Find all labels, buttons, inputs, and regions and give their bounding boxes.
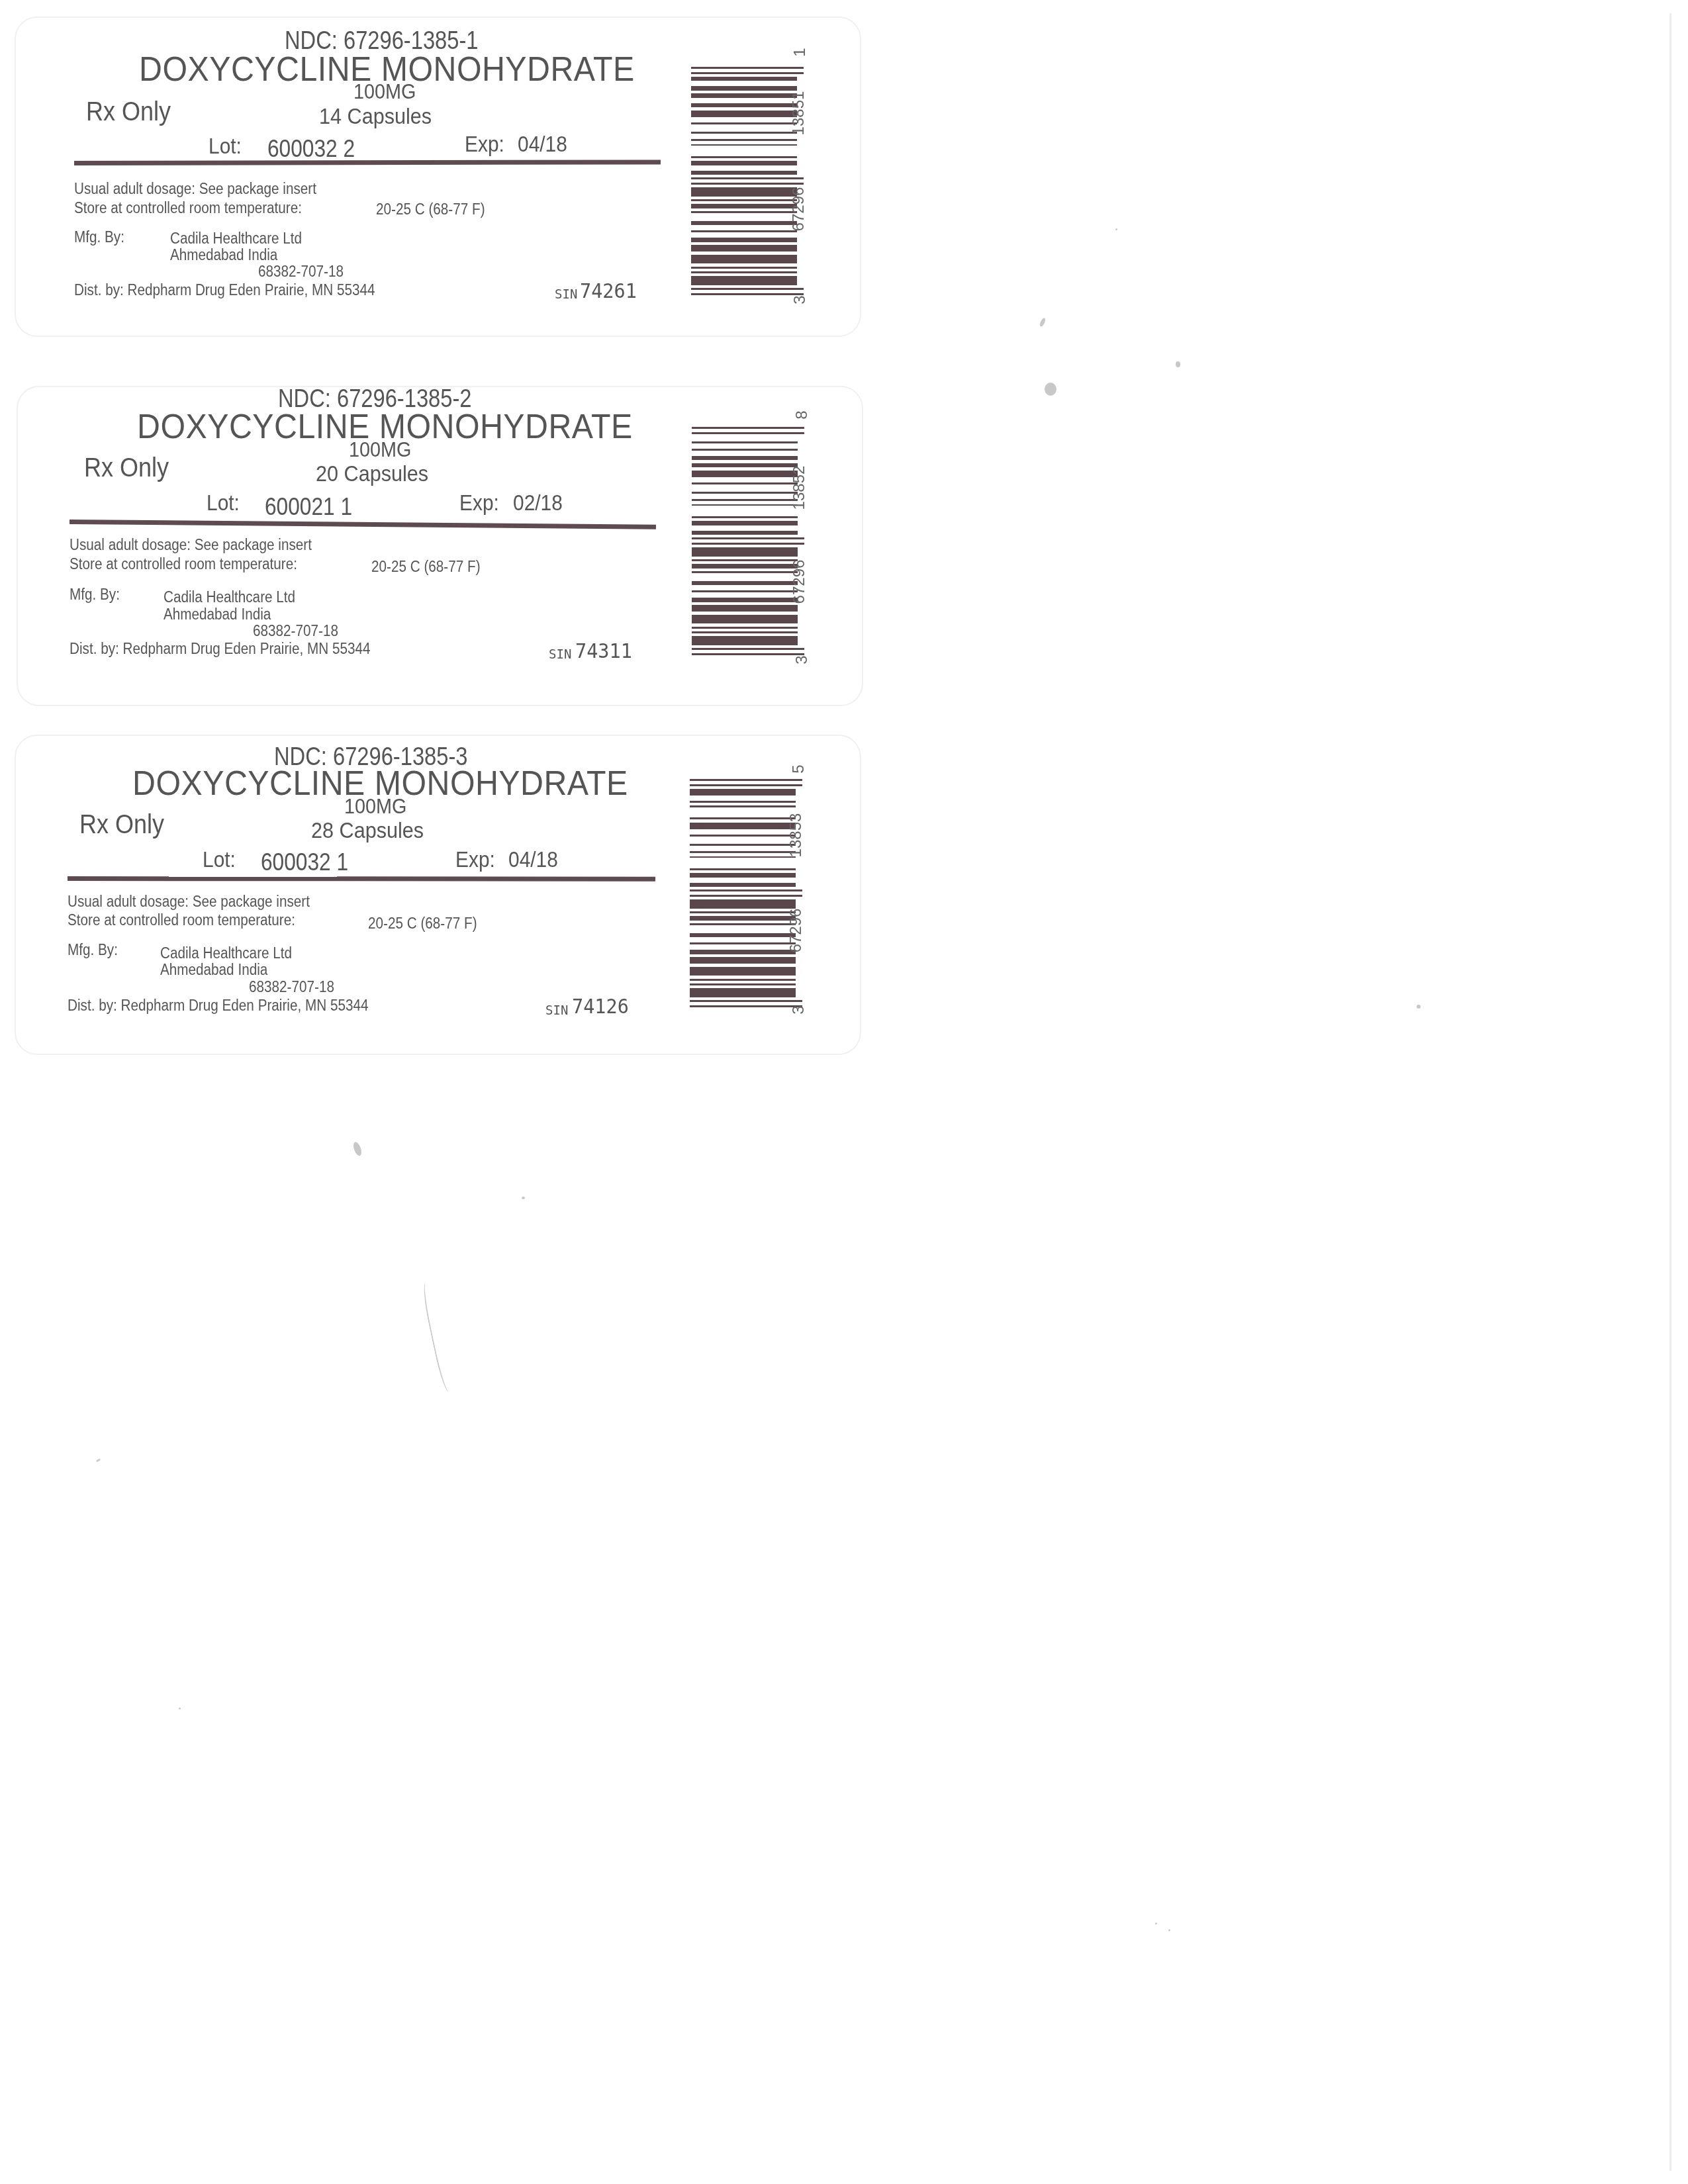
scan-speck <box>1417 1005 1421 1009</box>
barcode-bar <box>692 537 804 539</box>
scan-speck <box>352 1141 363 1157</box>
barcode-bar <box>691 132 797 134</box>
barcode-digits-left: 67296 <box>790 187 808 232</box>
barcode-bar <box>690 873 796 878</box>
barcode-bar <box>692 598 798 602</box>
barcode-bar <box>690 899 796 909</box>
lot-value: 600032 2 <box>267 135 355 163</box>
manufacturer-code: 68382-707-18 <box>253 622 338 640</box>
barcode-digits-left: 67296 <box>790 560 809 604</box>
barcode-bar <box>692 441 798 443</box>
barcode-bar <box>691 211 797 213</box>
lot-label: Lot: <box>207 490 240 516</box>
barcode-bar <box>690 988 796 997</box>
barcode-bar <box>692 627 798 629</box>
barcode-bar <box>692 471 798 477</box>
drug-label-1: NDC: 67296-1385-1 DOXYCYCLINE MONOHYDRAT… <box>15 17 861 337</box>
barcode-bar <box>692 521 798 525</box>
barcode-bar <box>691 293 804 295</box>
scan-speck <box>1115 228 1117 230</box>
barcode-bar <box>690 942 796 944</box>
storage-label: Store at controlled room temperature: <box>68 911 295 929</box>
manufacturer-name: Cadila Healthcare Ltd <box>170 230 302 248</box>
dosage-text: Usual adult dosage: See package insert <box>74 180 316 198</box>
barcode-bar <box>692 653 804 655</box>
barcode-digit-first: 3 <box>793 655 812 664</box>
barcode-bar <box>690 851 796 853</box>
barcode-bar <box>692 492 798 494</box>
sin-label: SIN <box>555 287 577 302</box>
barcode-bar <box>692 516 798 518</box>
barcode-bar <box>690 784 802 786</box>
barcode-bar <box>690 823 796 829</box>
barcode-bar <box>690 923 796 925</box>
barcode-bar <box>690 817 796 819</box>
barcode-bar <box>691 67 804 69</box>
barcode-bar <box>691 161 797 165</box>
manufacturer-code: 68382-707-18 <box>258 263 344 281</box>
barcode-bar <box>691 255 797 264</box>
lot-label: Lot: <box>209 134 242 159</box>
barcode-bar <box>691 187 797 197</box>
scan-speck <box>522 1197 525 1199</box>
dosage-text: Usual adult dosage: See package insert <box>68 893 310 911</box>
sin-label: SIN <box>549 647 571 662</box>
barcode-digit-check: 5 <box>790 764 808 773</box>
storage-value: 20-25 C (68-77 F) <box>376 201 485 218</box>
expiry-label: Exp: <box>465 132 504 158</box>
rx-only: Rx Only <box>79 810 164 840</box>
barcode-bar <box>692 648 804 650</box>
barcode-bar <box>690 779 802 781</box>
barcode-digit-check: 1 <box>791 48 810 56</box>
divider-rule <box>68 876 655 882</box>
barcode-bar <box>690 1000 802 1002</box>
barcode-bar <box>691 93 797 98</box>
barcode-digits-right: 13853 <box>787 813 806 858</box>
barcode-bar <box>692 456 798 461</box>
dosage-text: Usual adult dosage: See package insert <box>70 536 312 554</box>
manufacturer-city: Ahmedabad India <box>170 246 277 264</box>
sin-value: 74311 <box>575 640 632 663</box>
distributor: Dist. by: Redpharm Drug Eden Prairie, MN… <box>68 997 368 1015</box>
barcode-bar <box>691 245 797 251</box>
barcode-bar <box>692 564 798 569</box>
barcode-bar <box>692 581 798 586</box>
expiry-value: 04/18 <box>508 847 558 873</box>
barcode-bar <box>691 86 797 91</box>
barcode-bar <box>691 171 797 175</box>
barcode-bar <box>691 122 797 124</box>
barcode-bar <box>691 288 804 290</box>
barcode <box>692 427 804 655</box>
barcode-bar <box>692 482 798 484</box>
manufacturer-code: 68382-707-18 <box>249 978 334 996</box>
barcode-bar <box>691 77 797 81</box>
expiry-value: 02/18 <box>513 490 563 516</box>
manufacturer-name: Cadila Healthcare Ltd <box>160 944 292 962</box>
barcode-bar <box>690 983 796 985</box>
barcode-bar <box>690 789 796 796</box>
mfg-label: Mfg. By: <box>70 586 120 604</box>
barcode-bar <box>692 543 804 545</box>
drug-label-3: NDC: 67296-1385-3 DOXYCYCLINE MONOHYDRAT… <box>15 735 861 1055</box>
scan-speck <box>179 1707 181 1709</box>
capsule-count: 14 Capsules <box>319 104 432 130</box>
strength: 100MG <box>349 437 411 462</box>
barcode-bar <box>691 72 804 74</box>
manufacturer-city: Ahmedabad India <box>164 606 271 623</box>
barcode-digits-right: 13852 <box>790 466 809 510</box>
barcode-digit-first: 3 <box>790 1005 808 1014</box>
barcode-bar <box>692 636 798 645</box>
lot-value: 600021 1 <box>265 493 352 521</box>
scan-speck <box>96 1458 101 1462</box>
barcode-bar <box>692 571 798 573</box>
barcode-bar <box>692 547 798 557</box>
page-edge <box>1669 13 1671 2171</box>
sin-value: 74126 <box>572 995 629 1019</box>
barcode-bar <box>692 449 798 451</box>
barcode-bar <box>690 801 796 803</box>
barcode-bar <box>690 883 796 887</box>
scan-speck <box>1176 361 1180 367</box>
barcode-bar <box>690 950 796 954</box>
storage-value: 20-25 C (68-77 F) <box>371 558 481 576</box>
capsule-count: 28 Capsules <box>311 818 424 844</box>
barcode-bar <box>691 156 797 158</box>
barcode <box>690 779 802 1007</box>
manufacturer-name: Cadila Healthcare Ltd <box>164 588 295 606</box>
barcode-bar <box>691 199 797 201</box>
barcode-bar <box>690 911 796 913</box>
scan-hair <box>420 1281 458 1394</box>
barcode-bar <box>690 889 802 891</box>
rx-only: Rx Only <box>86 97 171 127</box>
barcode-bar <box>692 432 804 434</box>
strength: 100MG <box>353 79 416 104</box>
barcode-bar <box>690 844 796 846</box>
capsule-count: 20 Capsules <box>316 461 428 487</box>
barcode-bar <box>692 615 798 624</box>
strength: 100MG <box>344 794 406 819</box>
barcode <box>691 67 804 295</box>
sin-value: 74261 <box>580 280 637 303</box>
scan-speck <box>1045 383 1056 396</box>
scan-speck <box>1155 1923 1157 1925</box>
scan-speck <box>1039 317 1046 327</box>
barcode-bar <box>692 463 798 468</box>
barcode-digit-check: 8 <box>793 410 812 419</box>
barcode-bar <box>692 531 798 535</box>
barcode-bar <box>690 979 796 981</box>
storage-label: Store at controlled room temperature: <box>74 199 302 217</box>
barcode-bar <box>692 559 798 561</box>
barcode-bar <box>692 605 798 612</box>
barcode-bar <box>690 835 796 837</box>
barcode-bar <box>691 144 797 146</box>
expiry-value: 04/18 <box>518 132 567 158</box>
barcode-bar <box>690 933 796 938</box>
barcode-bar <box>691 183 804 185</box>
barcode-bar <box>690 895 802 897</box>
sin-label: SIN <box>545 1003 568 1018</box>
barcode-bar <box>691 276 797 285</box>
lot-label: Lot: <box>203 847 236 873</box>
divider-rule <box>70 520 656 529</box>
scan-speck <box>1168 1929 1170 1931</box>
storage-value: 20-25 C (68-77 F) <box>368 915 477 933</box>
expiry-label: Exp: <box>459 490 499 516</box>
mfg-label: Mfg. By: <box>74 228 124 246</box>
distributor: Dist. by: Redpharm Drug Eden Prairie, MN… <box>70 640 370 658</box>
barcode-bar <box>692 631 798 633</box>
rx-only: Rx Only <box>84 453 169 483</box>
mfg-label: Mfg. By: <box>68 941 118 959</box>
barcode-bar <box>691 111 797 117</box>
distributor: Dist. by: Redpharm Drug Eden Prairie, MN… <box>74 281 375 299</box>
drug-label-2: NDC: 67296-1385-2 DOXYCYCLINE MONOHYDRAT… <box>17 386 863 706</box>
barcode-bar <box>692 427 804 429</box>
barcode-digits-right: 13851 <box>790 91 808 136</box>
barcode-bar <box>692 499 798 501</box>
barcode-bar <box>691 230 797 232</box>
divider-rule <box>74 159 661 165</box>
barcode-bar <box>692 590 798 592</box>
barcode-bar <box>691 238 797 242</box>
barcode-bar <box>691 103 797 108</box>
barcode-bar <box>691 221 797 226</box>
barcode-bar <box>690 1005 802 1007</box>
storage-label: Store at controlled room temperature: <box>70 555 297 573</box>
barcode-bar <box>691 139 797 141</box>
lot-value: 600032 1 <box>261 848 348 876</box>
barcode-digits-left: 67296 <box>787 909 806 953</box>
barcode-bar <box>690 967 796 976</box>
barcode-bar <box>690 856 796 858</box>
barcode-bar <box>692 504 798 506</box>
barcode-bar <box>691 204 797 208</box>
barcode-digit-first: 3 <box>791 295 810 304</box>
barcode-bar <box>690 805 796 807</box>
barcode-bar <box>691 271 797 273</box>
barcode-bar <box>690 916 796 921</box>
barcode-bar <box>691 267 797 269</box>
barcode-bar <box>690 957 796 964</box>
barcode-bar <box>691 177 804 179</box>
expiry-label: Exp: <box>455 847 495 873</box>
barcode-bar <box>690 868 796 870</box>
manufacturer-city: Ahmedabad India <box>160 961 267 979</box>
